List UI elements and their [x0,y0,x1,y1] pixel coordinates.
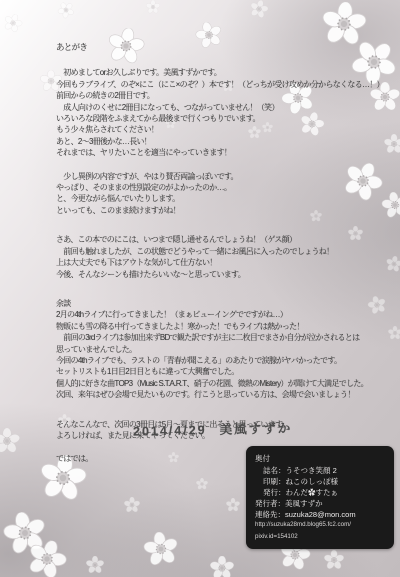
afterword-heading: あとがき [56,42,400,53]
sakura-flower-icon [1,11,24,34]
colophon-contact: 連絡先：suzuka28@mon.com [255,509,385,520]
afterword-paragraph-content: 少し異例の内容ですが、やはり賛否両論っぽいです。 やっぱり、そのままの性別設定の… [56,171,400,217]
sakura-flower-icon [55,0,77,21]
sakura-flower-icon [210,556,234,577]
colophon-issuer: 発行者：美風すずか [255,498,385,509]
sakura-flower-icon [0,428,20,454]
colophon-printer: 印刷：ねこのしっぽ様 [255,476,385,487]
sakura-flower-icon [324,550,344,570]
signature-date: 2014/4/29 [133,423,207,439]
afterword-paragraph-nico: さあ、この本でのにこは、いつまで隠し通せるんでしょうね！（ゲス顔） 前回も触れま… [56,234,400,280]
sakura-flower-icon [248,0,270,20]
sakura-flower-icon [146,0,160,14]
signature-name: 美風すずか [219,421,292,437]
colophon-url: http://suzuka28md.blog65.fc2.com/ [255,520,385,529]
colophon-heading: 奥付 [255,453,385,464]
sakura-flower-icon [226,498,240,512]
colophon-pixiv-id: pixiv.id=154102 [255,532,385,541]
date-signature: 2014/4/29美風すずか [133,418,293,439]
sakura-flower-icon [124,497,140,513]
sakura-flower-icon [86,556,104,574]
afterword-paragraph-live: 余談 2月の4thライブに行ってきました！（まぁビューイングでですがね…） 物販… [56,298,400,401]
afterword-text-block: あとがき 初めましてorお久しぶりです。美風すずかです。 今回もラブライブ、のぞ… [56,42,400,465]
colophon-box: 奥付 誌名：うそつき笑顔 2 印刷：ねこのしっぽ様 発行：わんだ✿すたぁ 発行者… [246,446,394,549]
afterword-page: あとがき 初めましてorお久しぶりです。美風すずかです。 今回もラブライブ、のぞ… [0,0,400,577]
afterword-paragraph-intro: 初めましてorお久しぶりです。美風すずかです。 今回もラブライブ、のぞ×にこ（に… [56,67,400,158]
colophon-title: 誌名：うそつき笑顔 2 [255,465,385,476]
sakura-flower-icon [142,530,180,568]
sakura-flower-icon [196,478,208,490]
colophon-publisher: 発行：わんだ✿すたぁ [255,487,385,498]
sakura-flower-icon [320,0,368,48]
